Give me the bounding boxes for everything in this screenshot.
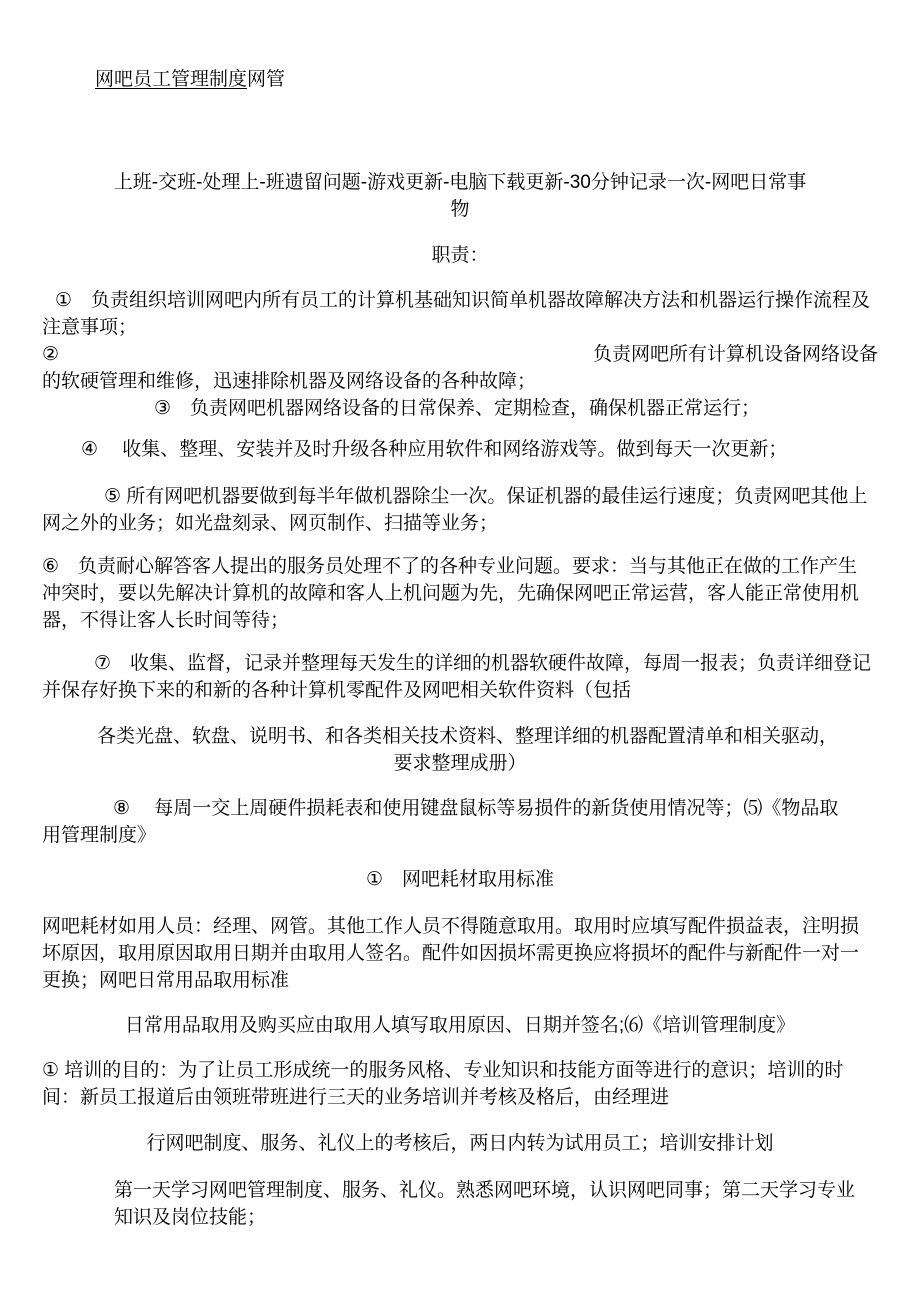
duty-5-line-2: 网之外的业务；如光盘刻录、网页制作、扫描等业务； <box>42 510 878 537</box>
duty-8-line-1: ⑧ 每周一交上周硬件损耗表和使用键盘鼠标等易损件的新货使用情况等；⑸《物品取 <box>42 795 878 822</box>
duties-heading: 职责： <box>42 242 878 269</box>
duty-2-marker: ② <box>42 341 59 368</box>
subtitle-line-1: 上班-交班-处理上-班遗留问题-游戏更新-电脑下载更新-30分钟记录一次-网吧日… <box>42 169 878 196</box>
page-title-rest: 网管 <box>247 69 285 90</box>
page-title-underlined: 网吧员工管理制度 <box>95 69 247 90</box>
duty-5-line-1: ⑤ 所有网吧机器要做到每半年做机器除尘一次。保证机器的最佳运行速度；负责网吧其他… <box>42 483 878 510</box>
duty-8-line-2: 用管理制度》 <box>42 822 878 849</box>
duty-6-line-1: ⑥ 负责耐心解答客人提出的服务员处理不了的各种专业问题。要求：当与其他正在做的工… <box>42 553 878 580</box>
consumables-line-1: 网吧耗材如用人员：经理、网管。其他工作人员不得随意取用。取用时应填写配件损益表，… <box>42 913 878 940</box>
duty-3-line: ③ 负责网吧机器网络设备的日常保养、定期检查，确保机器正常运行； <box>42 395 878 422</box>
consumables-line-3: 更换；网吧日常用品取用标准 <box>42 967 878 994</box>
consumables-line-2: 坏原因，取用原因取用日期并由取用人签名。配件如因损坏需更换应将损坏的配件与新配件… <box>42 940 878 967</box>
duty-1-line-2: 注意事项； <box>42 314 878 341</box>
duty-7-note-end: 要求整理成册） <box>42 750 878 777</box>
duty-6-line-2: 冲突时，要以先解决计算机的故障和客人上机问题为先，先确保网吧正常运营，客人能正常… <box>42 580 878 607</box>
document-page: 网吧员工管理制度网管 上班-交班-处理上-班遗留问题-游戏更新-电脑下载更新-3… <box>0 0 920 1303</box>
daily-supplies-line: 日常用品取用及购买应由取用人填写取用原因、日期并签名;⑹《培训管理制度》 <box>42 1012 878 1039</box>
duty-6-line-3: 器，不得让客人长时间等待； <box>42 607 878 634</box>
training-plan-line-2: 知识及岗位技能； <box>42 1204 878 1231</box>
training-exam-line: 行网吧制度、服务、礼仪上的考核后，两日内转为试用员工；培训安排计划 <box>42 1130 878 1157</box>
duty-1-line-1: ① 负责组织培训网吧内所有员工的计算机基础知识简单机器故障解决方法和机器运行操作… <box>42 287 878 314</box>
duty-2-line-1: ② 负责网吧所有计算机设备网络设备 <box>42 341 878 368</box>
duty-2-line-2: 的软硬管理和维修，迅速排除机器及网络设备的各种故障； <box>42 368 878 395</box>
duty-7-note-line: 各类光盘、软盘、说明书、和各类相关技术资料、整理详细的机器配置清单和相关驱动， <box>42 723 878 750</box>
training-1-line-1: ① 培训的目的：为了让员工形成统一的服务风格、专业知识和技能方面等进行的意识；培… <box>42 1057 878 1084</box>
duty-7-line-2: 并保存好换下来的和新的各种计算机零配件及网吧相关软件资料（包括 <box>42 677 878 704</box>
page-title: 网吧员工管理制度网管 <box>42 66 878 93</box>
consumables-heading: ① 网吧耗材取用标准 <box>42 866 878 893</box>
training-plan-line-1: 第一天学习网吧管理制度、服务、礼仪。熟悉网吧环境，认识网吧同事；第二天学习专业 <box>42 1177 878 1204</box>
duty-4-line: ④ 收集、整理、安装并及时升级各种应用软件和网络游戏等。做到每天一次更新； <box>42 436 878 463</box>
subtitle-line-2: 物 <box>42 196 878 223</box>
duty-7-line-1: ⑦ 收集、监督，记录并整理每天发生的详细的机器软硬件故障，每周一报表；负责详细登… <box>42 650 878 677</box>
training-1-line-2: 间：新员工报道后由领班带班进行三天的业务培训并考核及格后，由经理进 <box>42 1084 878 1111</box>
duty-2-right-text: 负责网吧所有计算机设备网络设备 <box>593 341 878 368</box>
